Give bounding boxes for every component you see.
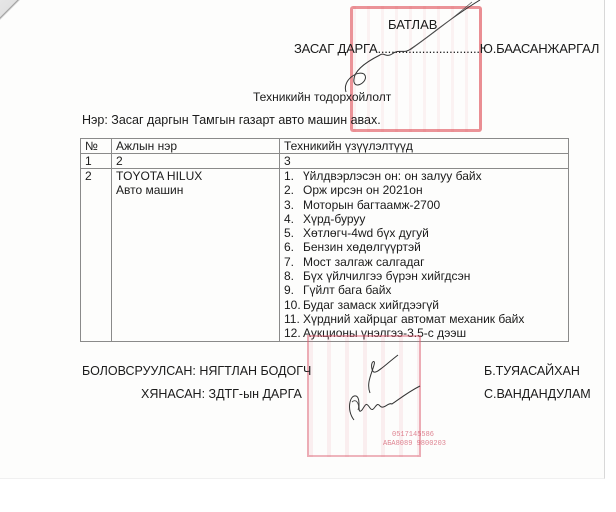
column-number-2: 2 bbox=[112, 154, 280, 169]
list-item: 9.Гүйлт бага байх bbox=[284, 283, 564, 297]
row-requirements: 1.Үйлдвэрлэсэн он: он залуу байх2.Орж ир… bbox=[280, 169, 569, 342]
list-item: 11.Хүрдний хайрцаг автомат механик байх bbox=[284, 312, 564, 326]
requirement-text: Хүрдний хайрцаг автомат механик байх bbox=[303, 312, 524, 326]
scanned-page: БАТЛАВ ЗАСАГ ДАРГА......................… bbox=[0, 0, 605, 479]
table-row: 2 TOYOTA HILUX Авто машин 1.Үйлдвэрлэсэн… bbox=[81, 169, 569, 342]
requirements-list: 1.Үйлдвэрлэсэн он: он залуу байх2.Орж ир… bbox=[284, 169, 564, 341]
approval-signature-icon bbox=[340, 0, 490, 100]
requirement-number: 11. bbox=[284, 312, 303, 326]
requirement-text: Моторын багтаамж-2700 bbox=[303, 198, 440, 212]
requirement-text: Үйлдвэрлэсэн он: он залуу байх bbox=[303, 169, 482, 183]
seal-code-1: 0517145586 bbox=[392, 431, 434, 439]
requirement-text: Будаг замаск хийгдээгүй bbox=[303, 298, 439, 312]
requirement-number: 12. bbox=[284, 326, 303, 340]
requirement-number: 2. bbox=[284, 183, 303, 197]
prepared-by-role: БОЛОВСРУУЛСАН: НЯГТЛАН БОДОГЧ bbox=[82, 364, 311, 378]
requirement-text: Хөтлөгч-4wd бүх дугуй bbox=[303, 226, 429, 240]
reviewed-by-role: ХЯНАСАН: ЗДТГ-ын ДАРГА bbox=[141, 387, 302, 401]
vehicle-type: Авто машин bbox=[116, 183, 275, 197]
list-item: 1.Үйлдвэрлэсэн он: он залуу байх bbox=[284, 169, 564, 183]
requirement-number: 5. bbox=[284, 226, 303, 240]
table-header-row: № Ажлын нэр Техникийн үзүүлэлтүүд bbox=[81, 139, 569, 154]
header-number: № bbox=[81, 139, 112, 154]
list-item: 5.Хөтлөгч-4wd бүх дугуй bbox=[284, 226, 564, 240]
list-item: 2.Орж ирсэн он 2021он bbox=[284, 183, 564, 197]
vehicle-model: TOYOTA HILUX bbox=[116, 169, 275, 183]
requirement-number: 8. bbox=[284, 269, 303, 283]
column-number-1: 1 bbox=[81, 154, 112, 169]
list-item: 10.Будаг замаск хийгдээгүй bbox=[284, 298, 564, 312]
requirement-number: 6. bbox=[284, 240, 303, 254]
requirement-text: Хүрд-буруу bbox=[303, 212, 365, 226]
specification-table: № Ажлын нэр Техникийн үзүүлэлтүүд 1 2 3 … bbox=[80, 138, 569, 342]
list-item: 3.Моторын багтаамж-2700 bbox=[284, 198, 564, 212]
requirement-text: Орж ирсэн он 2021он bbox=[303, 183, 423, 197]
column-number-3: 3 bbox=[280, 154, 569, 169]
requirement-number: 9. bbox=[284, 283, 303, 297]
document-title: Техникийн тодорхойлолт bbox=[253, 90, 391, 104]
prepared-by-name: Б.ТУЯАСАЙХАН bbox=[484, 364, 580, 378]
requirement-number: 7. bbox=[284, 255, 303, 269]
reviewed-by-name: С.ВАНДАНДУЛАМ bbox=[484, 387, 591, 401]
header-work-name: Ажлын нэр bbox=[112, 139, 280, 154]
seal-code-2: АБА8089 9800203 bbox=[383, 440, 446, 448]
row-number: 2 bbox=[81, 169, 112, 342]
requirement-number: 10. bbox=[284, 298, 303, 312]
requirement-text: Гүйлт бага байх bbox=[303, 283, 391, 297]
header-technical-specs: Техникийн үзүүлэлтүүд bbox=[280, 139, 569, 154]
requirement-number: 1. bbox=[284, 169, 303, 183]
page-corner-fold bbox=[0, 0, 24, 24]
row-work-name: TOYOTA HILUX Авто машин bbox=[112, 169, 280, 342]
table-column-number-row: 1 2 3 bbox=[81, 154, 569, 169]
requirement-number: 4. bbox=[284, 212, 303, 226]
list-item: 8.Бүх үйлчилгээ бүрэн хийгдсэн bbox=[284, 269, 564, 283]
requirement-text: Бензин хөдөлгүүртэй bbox=[303, 240, 421, 254]
requirement-text: Бүх үйлчилгээ бүрэн хийгдсэн bbox=[303, 269, 470, 283]
list-item: 7.Мост залгаж салгадаг bbox=[284, 255, 564, 269]
list-item: 6.Бензин хөдөлгүүртэй bbox=[284, 240, 564, 254]
requirement-number: 3. bbox=[284, 198, 303, 212]
list-item: 4.Хүрд-буруу bbox=[284, 212, 564, 226]
document-subject: Нэр: Засаг даргын Тамгын газарт авто маш… bbox=[82, 113, 381, 127]
requirement-text: Мост залгаж салгадаг bbox=[303, 255, 424, 269]
reviewed-signature-icon bbox=[342, 380, 422, 425]
